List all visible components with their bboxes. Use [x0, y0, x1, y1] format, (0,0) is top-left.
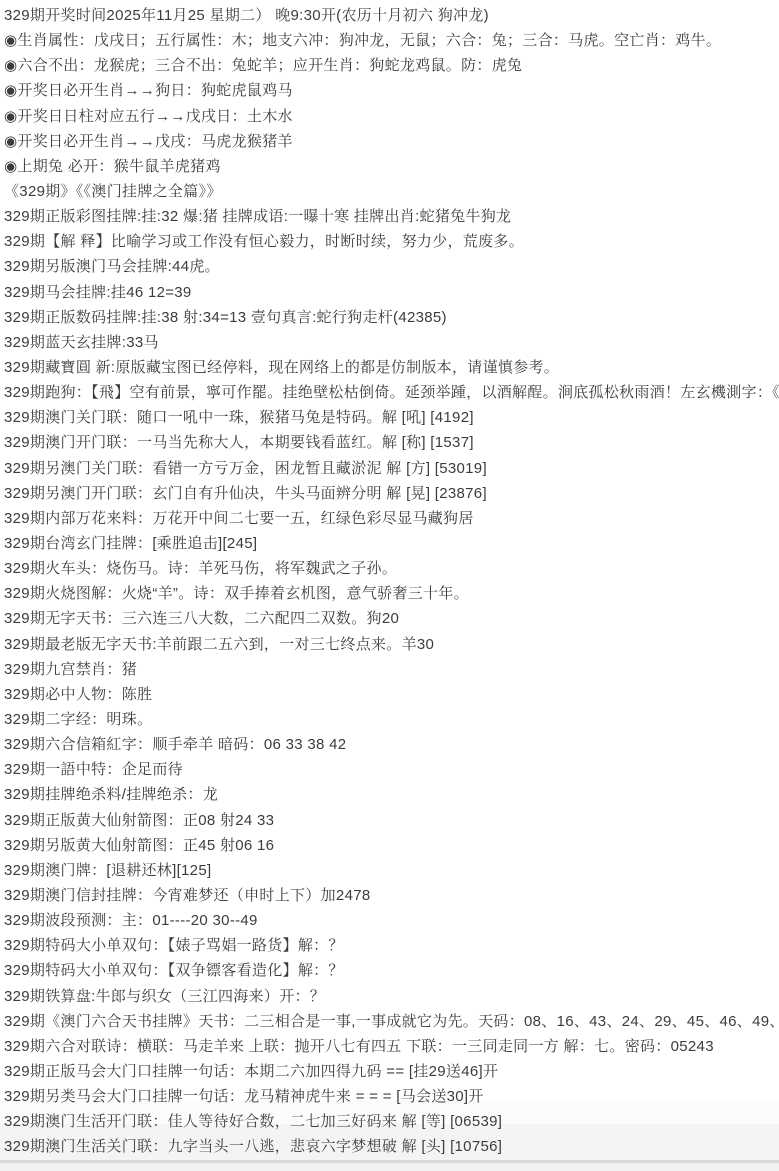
text-line: 329期另版澳门马会挂牌:44虎。 [4, 253, 779, 278]
text-line: ◉六合不出：龙猴虎；三合不出：兔蛇羊；应开生肖：狗蛇龙鸡鼠。防：虎兔 [4, 52, 779, 77]
text-line: 329期另澳门关门联：看错一方亏万金，困龙暂且藏淤泥 解 [方] [53019] [4, 455, 779, 480]
text-line: 329期二字经：明珠。 [4, 706, 779, 731]
text-line: 329期澳门牌：[退耕还林][125] [4, 857, 779, 882]
text-line: ◉开奖日必开生肖→→戊戌：马虎龙猴猪羊 [4, 128, 779, 153]
text-line: 329期藏寶圓 新:原版藏宝图已经停料，现在网络上的都是仿制版本，请谨慎参考。 [4, 354, 779, 379]
text-line: 329期无字天书：三六连三八大数，二六配四二双数。狗20 [4, 605, 779, 630]
text-line: ◉生肖属性：戊戌日；五行属性：木；地支六冲：狗冲龙，无鼠；六合：兔；三合：马虎。… [4, 27, 779, 52]
text-line: 329期正版黄大仙射箭图：正08 射24 33 [4, 807, 779, 832]
text-line: 《329期》《《澳门挂牌之全篇》》 [4, 178, 779, 203]
text-line: 329期正版数码挂牌:挂:38 射:34=13 壹句真言:蛇行狗走杆(42385… [4, 304, 779, 329]
text-line: 329期特码大小单双句：【双争镖客看造化】解：？ [4, 957, 779, 982]
text-line: 329期跑狗：【飛】空有前景，寧可作罷。挂绝壁松枯倒倚。延颈举踵，以酒解酲。涧底… [4, 379, 779, 404]
text-line: 329期另澳门开门联：玄门自有升仙决，牛头马面辨分明 解 [晃] [23876] [4, 480, 779, 505]
text-line: 329期另版黄大仙射箭图：正45 射06 16 [4, 832, 779, 857]
text-line: 329期另类马会大门口挂牌一句话：龙马精神虎牛来 = = = [马会送30]开 [4, 1083, 779, 1108]
text-line: ◉上期兔 必开：猴牛鼠羊虎猪鸡 [4, 153, 779, 178]
text-line: 329期台湾玄门挂牌：[乘胜追击][245] [4, 530, 779, 555]
text-line: 329期澳门开门联：一马当先称大人，本期要钱看蓝红。解 [称] [1537] [4, 429, 779, 454]
text-line: ◉开奖日日柱对应五行→→戊戌日：土木水 [4, 103, 779, 128]
text-line: 329期澳门生活关门联：九字当头一八逃，悲哀六字梦想破 解 [头] [10756… [4, 1133, 779, 1158]
text-line: 329期铁算盘:牛郎与织女（三江四海来）开：？ [4, 982, 779, 1007]
text-line: 329期火烧图解：火烧“羊”。诗：双手捧着玄机图，意气骄奢三十年。 [4, 580, 779, 605]
text-line: 329期开奖时间2025年11月25 星期二） 晚9:30开(农历十月初六 狗冲… [4, 2, 779, 27]
text-line: 329期《澳门六合天书挂牌》天书：二三相合是一事,一事成就它为先。天码：08、1… [4, 1008, 779, 1033]
text-line: 329期内部万花来料：万花开中间二七要一五，红绿色彩尽显马藏狗居 [4, 505, 779, 530]
text-line: 329期最老版无字天书:羊前跟二五六到，一对三七终点来。羊30 [4, 631, 779, 656]
text-line: 329期正版马会大门口挂牌一句话：本期二六加四得九码 == [挂29送46]开 [4, 1058, 779, 1083]
text-line: 329期波段预测：主：01----20 30--49 [4, 907, 779, 932]
text-line: 329期蓝天玄挂牌:33马 [4, 329, 779, 354]
text-line: 329期澳门信封挂牌：今宵难梦还（申时上下）加2478 [4, 882, 779, 907]
text-line: 329期特码大小单双句：【婊子骂娼一路货】解：？ [4, 932, 779, 957]
text-line: 329期挂牌绝杀料/挂牌绝杀：龙 [4, 781, 779, 806]
text-line: 329期六合信箱紅字：顺手牵羊 暗码：06 33 38 42 [4, 731, 779, 756]
text-line: 329期正版彩图挂牌:挂:32 爆:猪 挂牌成语:一曝十寒 挂牌出肖:蛇猪兔牛狗… [4, 203, 779, 228]
text-line: 329期【解 释】比喻学习或工作没有恒心毅力，时断时续，努力少，荒废多。 [4, 228, 779, 253]
text-line: 329期九宫禁肖：猪 [4, 656, 779, 681]
text-line: 329期澳门生活开门联：佳人等待好合数，二七加三好码来 解 [等] [06539… [4, 1108, 779, 1133]
text-line: ◉开奖日必开生肖→→狗日：狗蛇虎鼠鸡马 [4, 77, 779, 102]
footer-panel [0, 1163, 779, 1171]
text-line: 329期六合对联诗：横联：马走羊来 上联：抛开八七有四五 下联：一三同走同一方 … [4, 1033, 779, 1058]
text-line: 329期澳门关门联：随口一吼中一珠，猴猪马兔是特码。解 [吼] [4192] [4, 404, 779, 429]
text-line: 329期火车头：烧伤马。诗：羊死马伤，将军魏武之子孙。 [4, 555, 779, 580]
text-line: 329期必中人物：陈胜 [4, 681, 779, 706]
text-line: 329期马会挂牌:挂46 12=39 [4, 279, 779, 304]
text-line: 329期一語中特：企足而待 [4, 756, 779, 781]
content-lines: 329期开奖时间2025年11月25 星期二） 晚9:30开(农历十月初六 狗冲… [4, 2, 779, 1158]
